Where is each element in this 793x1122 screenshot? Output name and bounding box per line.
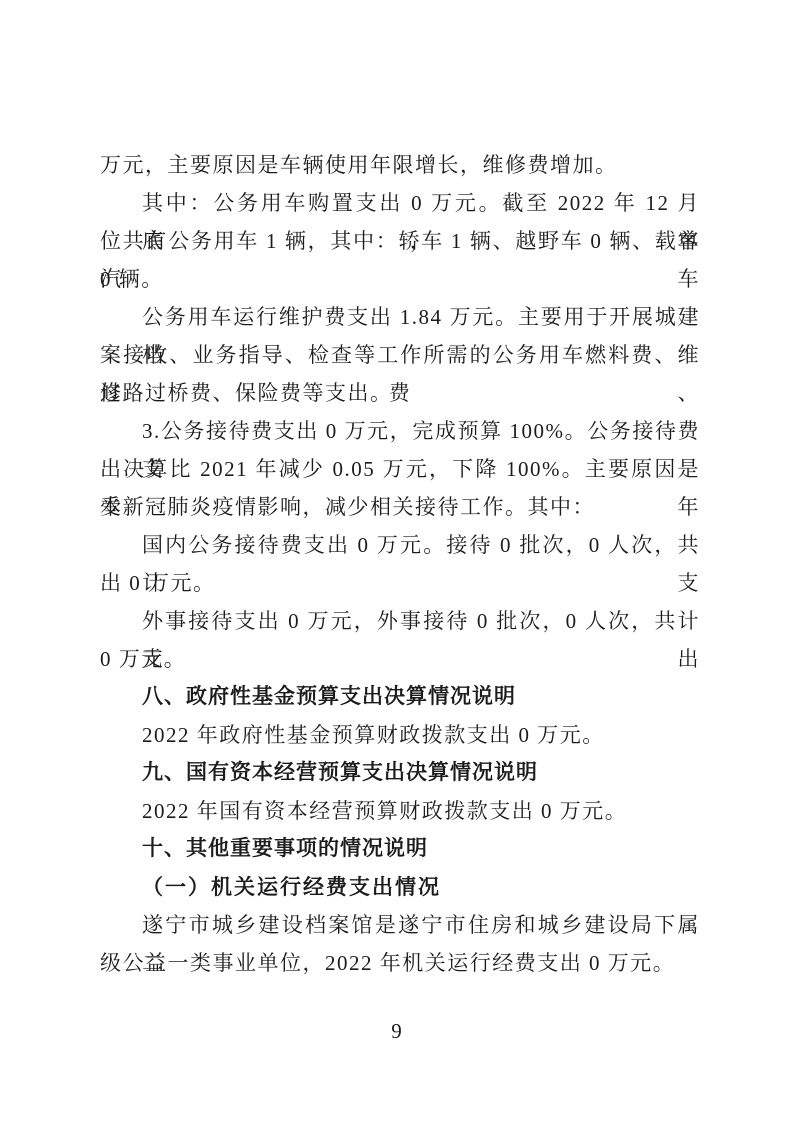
text-line: 公务用车运行维护费支出 1.84 万元。主要用于开展城建档 <box>100 298 700 336</box>
page-number: 9 <box>0 1016 793 1046</box>
text-line: 2022 年国有资本经营预算财政拨款支出 0 万元。 <box>100 792 700 830</box>
section-heading-ix: 九、国有资本经营预算支出决算情况说明 <box>100 754 700 792</box>
document-body: 万元，主要原因是车辆使用年限增长，维修费增加。 其中：公务用车购置支出 0 万元… <box>100 146 700 982</box>
subsection-heading-1: （一）机关运行经费支出情况 <box>100 868 700 906</box>
text-line: 外事接待支出 0 万元，外事接待 0 批次，0 人次，共计支出 <box>100 602 700 640</box>
section-heading-x: 十、其他重要事项的情况说明 <box>100 830 700 868</box>
text-line: 其中：公务用车购置支出 0 万元。截至 2022 年 12 月底，单 <box>100 184 700 222</box>
section-heading-viii: 八、政府性基金预算支出决算情况说明 <box>100 678 700 716</box>
text-line: 3.公务接待费支出 0 万元，完成预算 100%。公务接待费支 <box>100 412 700 450</box>
text-line: 级公益一类事业单位，2022 年机关运行经费支出 0 万元。 <box>100 944 700 982</box>
text-line: 遂宁市城乡建设档案馆是遂宁市住房和城乡建设局下属二 <box>100 906 700 944</box>
text-line: 案接收、业务指导、检查等工作所需的公务用车燃料费、维修费、 <box>100 336 700 374</box>
text-line: 万元，主要原因是车辆使用年限增长，维修费增加。 <box>100 146 700 184</box>
text-line: 位共有公务用车 1 辆，其中：轿车 1 辆、越野车 0 辆、载客汽车 <box>100 222 700 260</box>
text-line: 2022 年政府性基金预算财政拨款支出 0 万元。 <box>100 716 700 754</box>
text-line: 国内公务接待费支出 0 万元。接待 0 批次，0 人次，共计支 <box>100 526 700 564</box>
document-page: 万元，主要原因是车辆使用年限增长，维修费增加。 其中：公务用车购置支出 0 万元… <box>0 0 793 1122</box>
text-line: 出决算比 2021 年减少 0.05 万元，下降 100%。主要原因是本年 <box>100 450 700 488</box>
